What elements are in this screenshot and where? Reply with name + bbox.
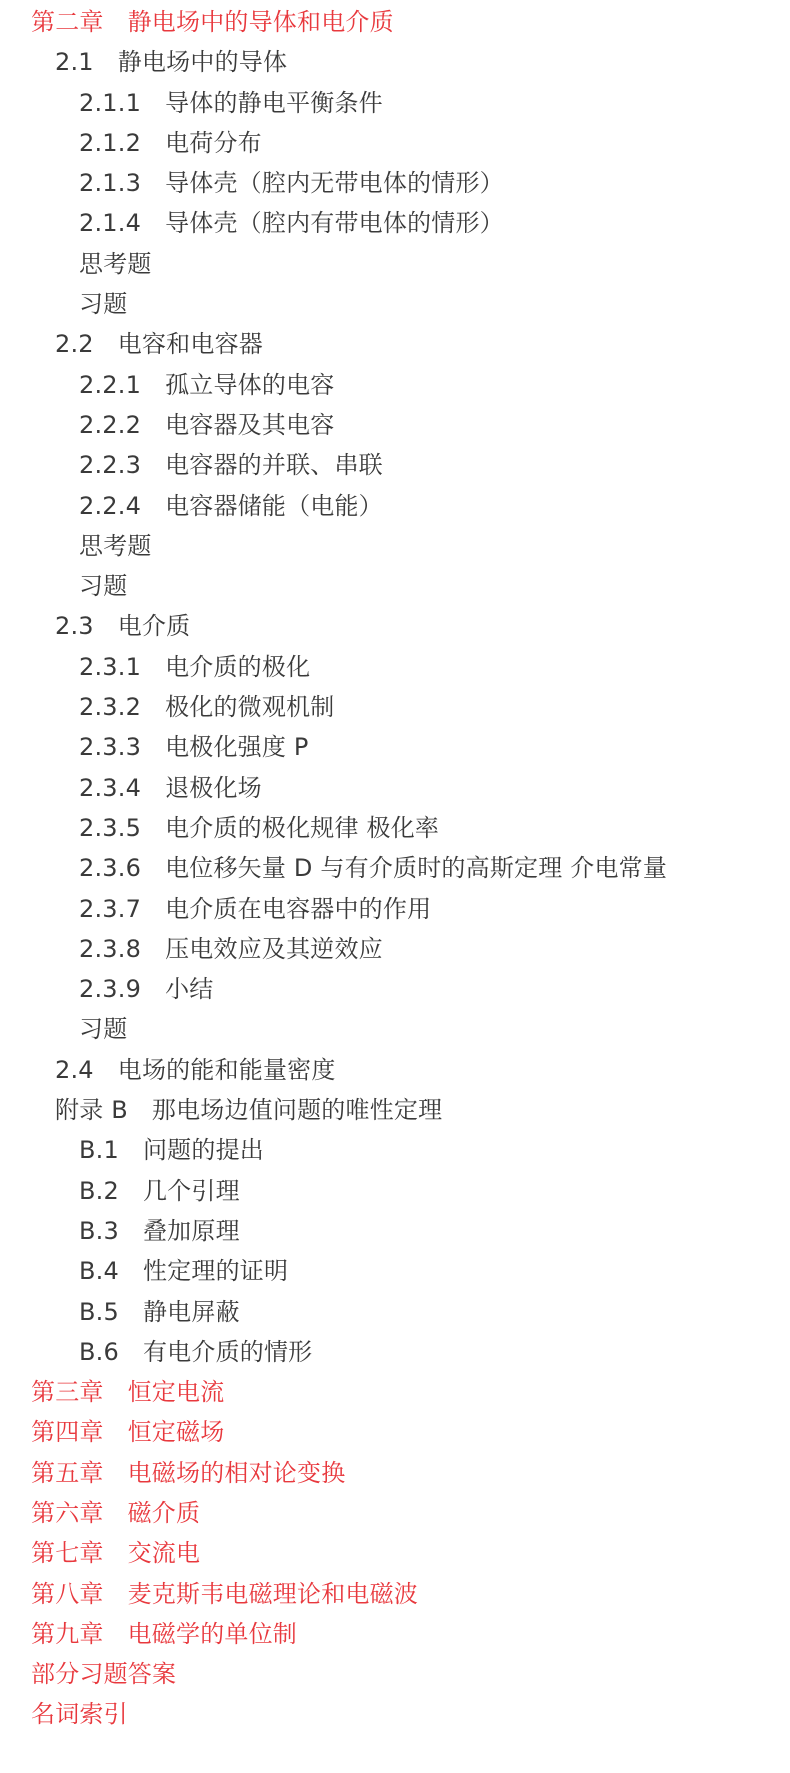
toc-item-number: 2.1.4 [79, 203, 141, 243]
toc-item-title: 磁介质 [128, 1499, 201, 1527]
toc-item-number: 2.3.4 [79, 768, 141, 808]
toc-item-number: 附录 B [55, 1090, 128, 1130]
toc-item-title: 电磁学的单位制 [128, 1620, 297, 1648]
toc-subsection-link[interactable]: 2.1.4导体壳（腔内有带电体的情形） [0, 203, 790, 243]
toc-item-number: B.3 [79, 1211, 119, 1251]
toc-chapter-link[interactable]: 第三章恒定电流 [0, 1372, 790, 1412]
toc-item-title: 极化的微观机制 [165, 693, 334, 721]
toc-item-number: 2.1.3 [79, 163, 141, 203]
toc-item-title: 静电场中的导体 [118, 48, 287, 76]
toc-item-number: 2.3.5 [79, 808, 141, 848]
toc-subsection-link[interactable]: 2.1.2电荷分布 [0, 123, 790, 163]
toc-subsection-link[interactable]: 2.3.2极化的微观机制 [0, 687, 790, 727]
toc-subsection-link[interactable]: 2.3.8压电效应及其逆效应 [0, 929, 790, 969]
toc-item-title: 电介质在电容器中的作用 [165, 895, 431, 923]
toc-chapter-link[interactable]: 名词索引 [0, 1694, 790, 1734]
toc-chapter-link[interactable]: 第四章恒定磁场 [0, 1412, 790, 1452]
toc-item-title: 电介质 [118, 612, 191, 640]
toc-item-title: 问题的提出 [143, 1136, 264, 1164]
toc-item-title: 恒定磁场 [128, 1418, 225, 1446]
toc-subsection-link[interactable]: 2.3.6电位移矢量 D 与有介质时的高斯定理 介电常量 [0, 848, 790, 888]
toc-item-title: 恒定电流 [128, 1378, 225, 1406]
toc-item-title: 部分习题答案 [31, 1660, 176, 1688]
toc-subsection-link[interactable]: B.1问题的提出 [0, 1130, 790, 1170]
toc-item-number: 2.3.9 [79, 969, 141, 1009]
toc-item-title: 习题 [79, 1015, 127, 1043]
toc-item-number: 2.3 [55, 606, 94, 646]
toc-item-number: 2.4 [55, 1050, 94, 1090]
toc-item-number: 2.3.1 [79, 647, 141, 687]
toc-item-number: 2.2.1 [79, 365, 141, 405]
toc-item-number: 第六章 [31, 1493, 104, 1533]
toc-subsection-link[interactable]: 习题 [0, 284, 790, 324]
toc-section-link[interactable]: 附录 B那电场边值问题的唯性定理 [0, 1090, 790, 1130]
toc-item-title: 导体壳（腔内无带电体的情形） [165, 169, 504, 197]
toc-item-title: 电位移矢量 D 与有介质时的高斯定理 介电常量 [165, 854, 667, 882]
toc-item-title: 习题 [79, 290, 127, 318]
toc-subsection-link[interactable]: B.4性定理的证明 [0, 1251, 790, 1291]
toc-chapter-link[interactable]: 第六章磁介质 [0, 1493, 790, 1533]
toc-item-title: 小结 [165, 975, 213, 1003]
toc-item-number: 第五章 [31, 1453, 104, 1493]
toc-chapter-link[interactable]: 部分习题答案 [0, 1654, 790, 1694]
toc-subsection-link[interactable]: 2.2.4电容器储能（电能） [0, 486, 790, 526]
toc-item-number: 2.2.2 [79, 405, 141, 445]
toc-item-title: 思考题 [79, 532, 152, 560]
toc-section-link[interactable]: 2.1静电场中的导体 [0, 42, 790, 82]
toc-item-title: 名词索引 [31, 1700, 128, 1728]
toc-item-number: B.1 [79, 1130, 119, 1170]
toc-item-number: B.5 [79, 1292, 119, 1332]
toc-item-number: 2.3.7 [79, 889, 141, 929]
toc-item-title: 退极化场 [165, 774, 262, 802]
toc-subsection-link[interactable]: 2.2.1孤立导体的电容 [0, 365, 790, 405]
toc-chapter-link[interactable]: 第九章电磁学的单位制 [0, 1614, 790, 1654]
toc-item-title: 几个引理 [143, 1177, 240, 1205]
toc-item-number: 2.3.2 [79, 687, 141, 727]
toc-item-number: 2.1.2 [79, 123, 141, 163]
toc-item-number: 第二章 [31, 2, 104, 42]
toc-item-number: 2.1.1 [79, 83, 141, 123]
toc-item-title: 电磁场的相对论变换 [128, 1459, 346, 1487]
toc-subsection-link[interactable]: 2.1.3导体壳（腔内无带电体的情形） [0, 163, 790, 203]
toc-item-number: 2.3.6 [79, 848, 141, 888]
toc-item-title: 压电效应及其逆效应 [165, 935, 383, 963]
toc-item-title: 叠加原理 [143, 1217, 240, 1245]
toc-subsection-link[interactable]: 习题 [0, 566, 790, 606]
toc-subsection-link[interactable]: B.5静电屏蔽 [0, 1292, 790, 1332]
toc-subsection-link[interactable]: 思考题 [0, 244, 790, 284]
toc-subsection-link[interactable]: 2.3.9小结 [0, 969, 790, 1009]
toc-subsection-link[interactable]: 2.3.4退极化场 [0, 768, 790, 808]
toc-item-number: 第三章 [31, 1372, 104, 1412]
toc-item-number: B.4 [79, 1251, 119, 1291]
toc-item-title: 麦克斯韦电磁理论和电磁波 [128, 1580, 418, 1608]
table-of-contents: 第二章静电场中的导体和电介质2.1静电场中的导体2.1.1导体的静电平衡条件2.… [0, 0, 790, 1735]
toc-item-title: 交流电 [128, 1539, 201, 1567]
toc-item-title: 导体壳（腔内有带电体的情形） [165, 209, 504, 237]
toc-subsection-link[interactable]: 思考题 [0, 526, 790, 566]
toc-section-link[interactable]: 2.3电介质 [0, 606, 790, 646]
toc-item-number: B.6 [79, 1332, 119, 1372]
toc-item-title: 静电场中的导体和电介质 [128, 8, 394, 36]
toc-item-title: 电容器储能（电能） [165, 492, 383, 520]
toc-item-title: 电荷分布 [165, 129, 262, 157]
toc-item-number: 第四章 [31, 1412, 104, 1452]
toc-item-title: 习题 [79, 572, 127, 600]
toc-section-link[interactable]: 2.2电容和电容器 [0, 324, 790, 364]
toc-item-title: 电容器及其电容 [165, 411, 334, 439]
toc-section-link[interactable]: 2.4电场的能和能量密度 [0, 1050, 790, 1090]
toc-chapter-link[interactable]: 第二章静电场中的导体和电介质 [0, 2, 790, 42]
toc-subsection-link[interactable]: B.2几个引理 [0, 1171, 790, 1211]
toc-subsection-link[interactable]: B.6有电介质的情形 [0, 1332, 790, 1372]
toc-subsection-link[interactable]: 2.3.1电介质的极化 [0, 647, 790, 687]
toc-item-title: 孤立导体的电容 [165, 371, 334, 399]
toc-item-title: 性定理的证明 [143, 1257, 288, 1285]
toc-subsection-link[interactable]: 2.3.3电极化强度 P [0, 727, 790, 767]
toc-item-title: 思考题 [79, 250, 152, 278]
toc-item-number: 第七章 [31, 1533, 104, 1573]
toc-chapter-link[interactable]: 第七章交流电 [0, 1533, 790, 1573]
toc-subsection-link[interactable]: B.3叠加原理 [0, 1211, 790, 1251]
toc-item-title: 电容器的并联、串联 [165, 451, 383, 479]
toc-item-title: 电场的能和能量密度 [118, 1056, 336, 1084]
toc-subsection-link[interactable]: 2.2.3电容器的并联、串联 [0, 445, 790, 485]
toc-item-title: 电介质的极化 [165, 653, 310, 681]
toc-item-number: 2.1 [55, 42, 94, 82]
toc-subsection-link[interactable]: 2.1.1导体的静电平衡条件 [0, 83, 790, 123]
toc-item-number: 第八章 [31, 1574, 104, 1614]
toc-item-number: B.2 [79, 1171, 119, 1211]
toc-subsection-link[interactable]: 习题 [0, 1009, 790, 1049]
toc-subsection-link[interactable]: 2.3.7电介质在电容器中的作用 [0, 889, 790, 929]
toc-item-title: 静电屏蔽 [143, 1298, 240, 1326]
toc-item-title: 电容和电容器 [118, 330, 263, 358]
toc-item-number: 2.3.3 [79, 727, 141, 767]
toc-item-number: 2.2 [55, 324, 94, 364]
toc-item-number: 2.2.4 [79, 486, 141, 526]
toc-subsection-link[interactable]: 2.3.5电介质的极化规律 极化率 [0, 808, 790, 848]
toc-item-title: 有电介质的情形 [143, 1338, 312, 1366]
toc-item-number: 2.3.8 [79, 929, 141, 969]
toc-item-title: 电介质的极化规律 极化率 [165, 814, 439, 842]
toc-item-title: 电极化强度 P [165, 733, 309, 761]
toc-chapter-link[interactable]: 第八章麦克斯韦电磁理论和电磁波 [0, 1574, 790, 1614]
toc-item-title: 那电场边值问题的唯性定理 [152, 1096, 442, 1124]
toc-chapter-link[interactable]: 第五章电磁场的相对论变换 [0, 1453, 790, 1493]
toc-item-number: 2.2.3 [79, 445, 141, 485]
toc-subsection-link[interactable]: 2.2.2电容器及其电容 [0, 405, 790, 445]
toc-item-number: 第九章 [31, 1614, 104, 1654]
toc-item-title: 导体的静电平衡条件 [165, 89, 383, 117]
